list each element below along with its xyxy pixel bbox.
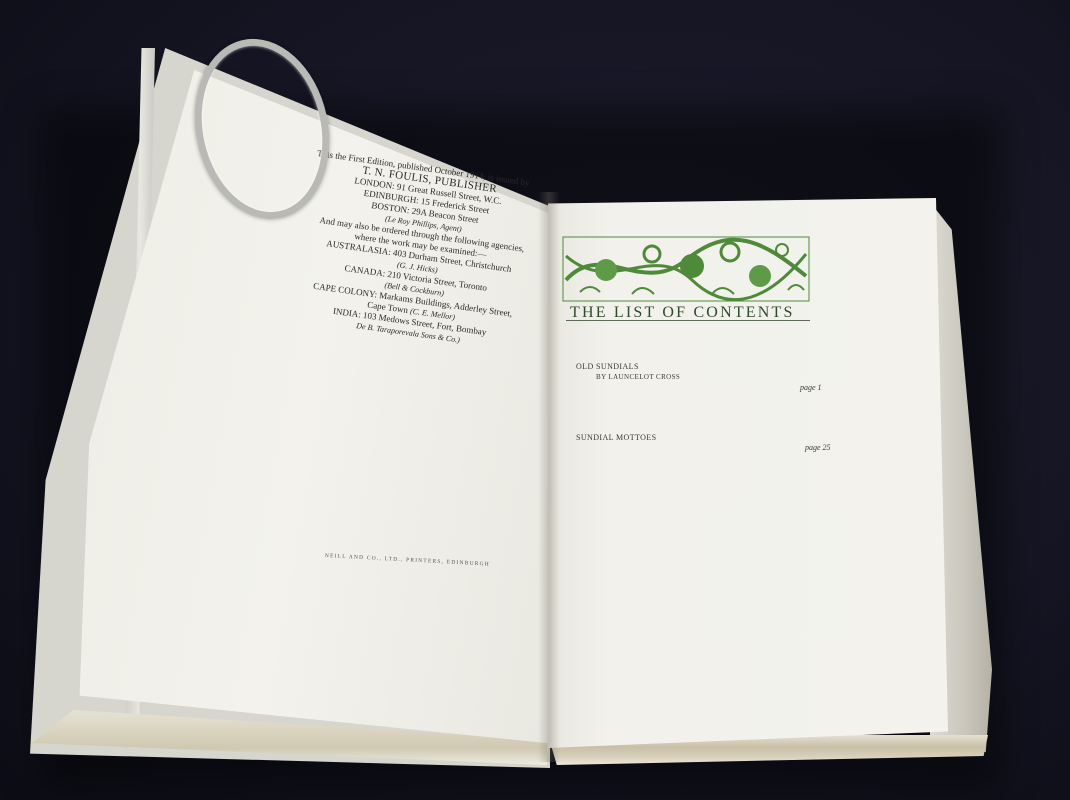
book-gutter (538, 192, 560, 762)
title-rule (566, 320, 810, 321)
book-photo: This the First Edition, published Octobe… (0, 0, 1070, 800)
imprint-block: This the First Edition, published Octobe… (294, 148, 546, 354)
toc-entry-author: BY LAUNCELOT CROSS (596, 373, 680, 381)
floral-ornament-icon (562, 236, 810, 302)
toc-entry-title: SUNDIAL MOTTOES (576, 433, 656, 442)
toc-entry-title: OLD SUNDIALS (576, 362, 639, 371)
toc-entry-page: page 1 (800, 383, 822, 392)
toc-entry-page: page 25 (805, 443, 831, 452)
